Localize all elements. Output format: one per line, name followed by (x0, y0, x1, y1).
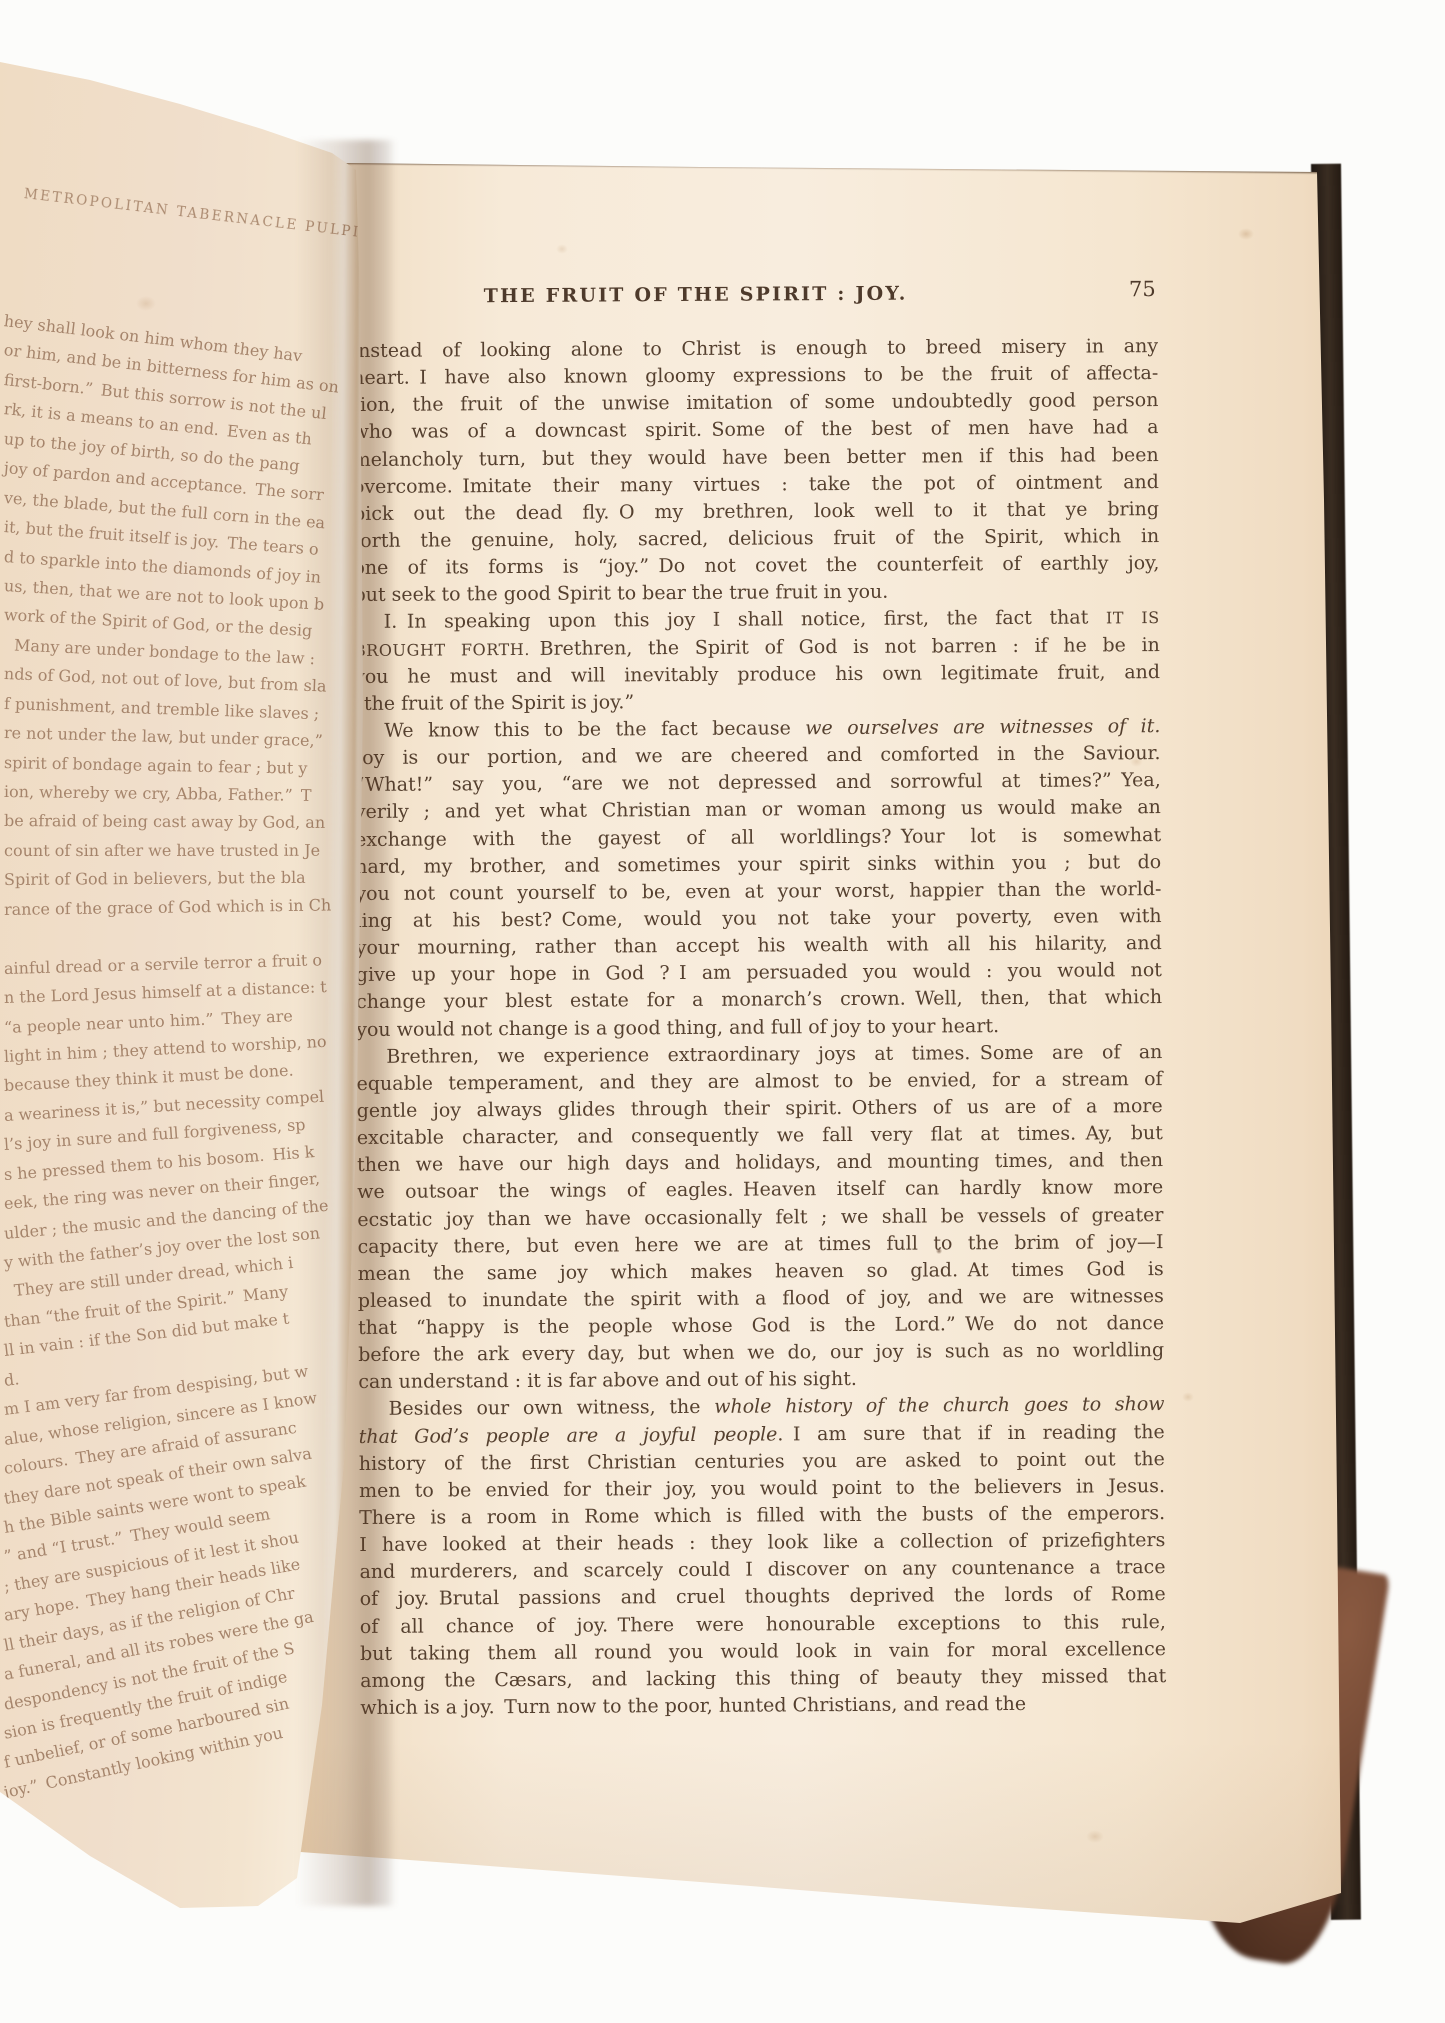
page-top-edge (345, 161, 1320, 173)
foxing-spot (556, 244, 568, 254)
body-line: which is a joy. Turn now to the poor, hu… (360, 1690, 1166, 1722)
foxing-spot (1238, 228, 1254, 240)
body-line: of joy. Brutal passions and cruel though… (360, 1582, 1166, 1614)
foxing-spot (1086, 1830, 1104, 1843)
body-line: we outsoar the wings of eagles. Heaven i… (357, 1174, 1163, 1206)
page-number: 75 (1129, 277, 1156, 301)
body-line: verily ; and yet what Christian man or w… (355, 794, 1161, 826)
body-line: who was of a downcast spirit. Some of th… (352, 414, 1158, 446)
left-page-line: be afraid of being cast away by God, an (4, 806, 368, 838)
left-page-line: count of sin after we have trusted in Je (4, 836, 368, 866)
left-running-title: METROPOLITAN TABERNACLE PULPIT. (23, 186, 377, 243)
body-line: one of its forms is “joy.” Do not covet … (353, 550, 1159, 582)
right-page-content: THE FRUIT OF THE SPIRIT : JOY. 75 instea… (352, 333, 1166, 1722)
left-page-body: hey shall look on him whom they havor hi… (4, 306, 368, 1807)
body-line: change your blest estate for a monarch’s… (356, 984, 1162, 1016)
body-line: among the Cæsars, and lacking this thing… (360, 1663, 1166, 1695)
body-line: I. In speaking upon this joy I shall not… (354, 604, 1160, 636)
body-line: you he must and will inevitably produce … (354, 659, 1160, 691)
book-photo: THE FRUIT OF THE SPIRIT : JOY. 75 instea… (0, 0, 1445, 2023)
right-page-body: instead of looking alone to Christ is en… (352, 333, 1166, 1722)
running-title: THE FRUIT OF THE SPIRIT : JOY. (484, 283, 908, 308)
turning-page: METROPOLITAN TABERNACLE PULPIT. hey shal… (0, 0, 380, 1970)
body-line: before the ark every day, but when we do… (358, 1337, 1164, 1369)
foxing-spot (1182, 1392, 1194, 1402)
page-header: THE FRUIT OF THE SPIRIT : JOY. 75 (352, 281, 1158, 316)
